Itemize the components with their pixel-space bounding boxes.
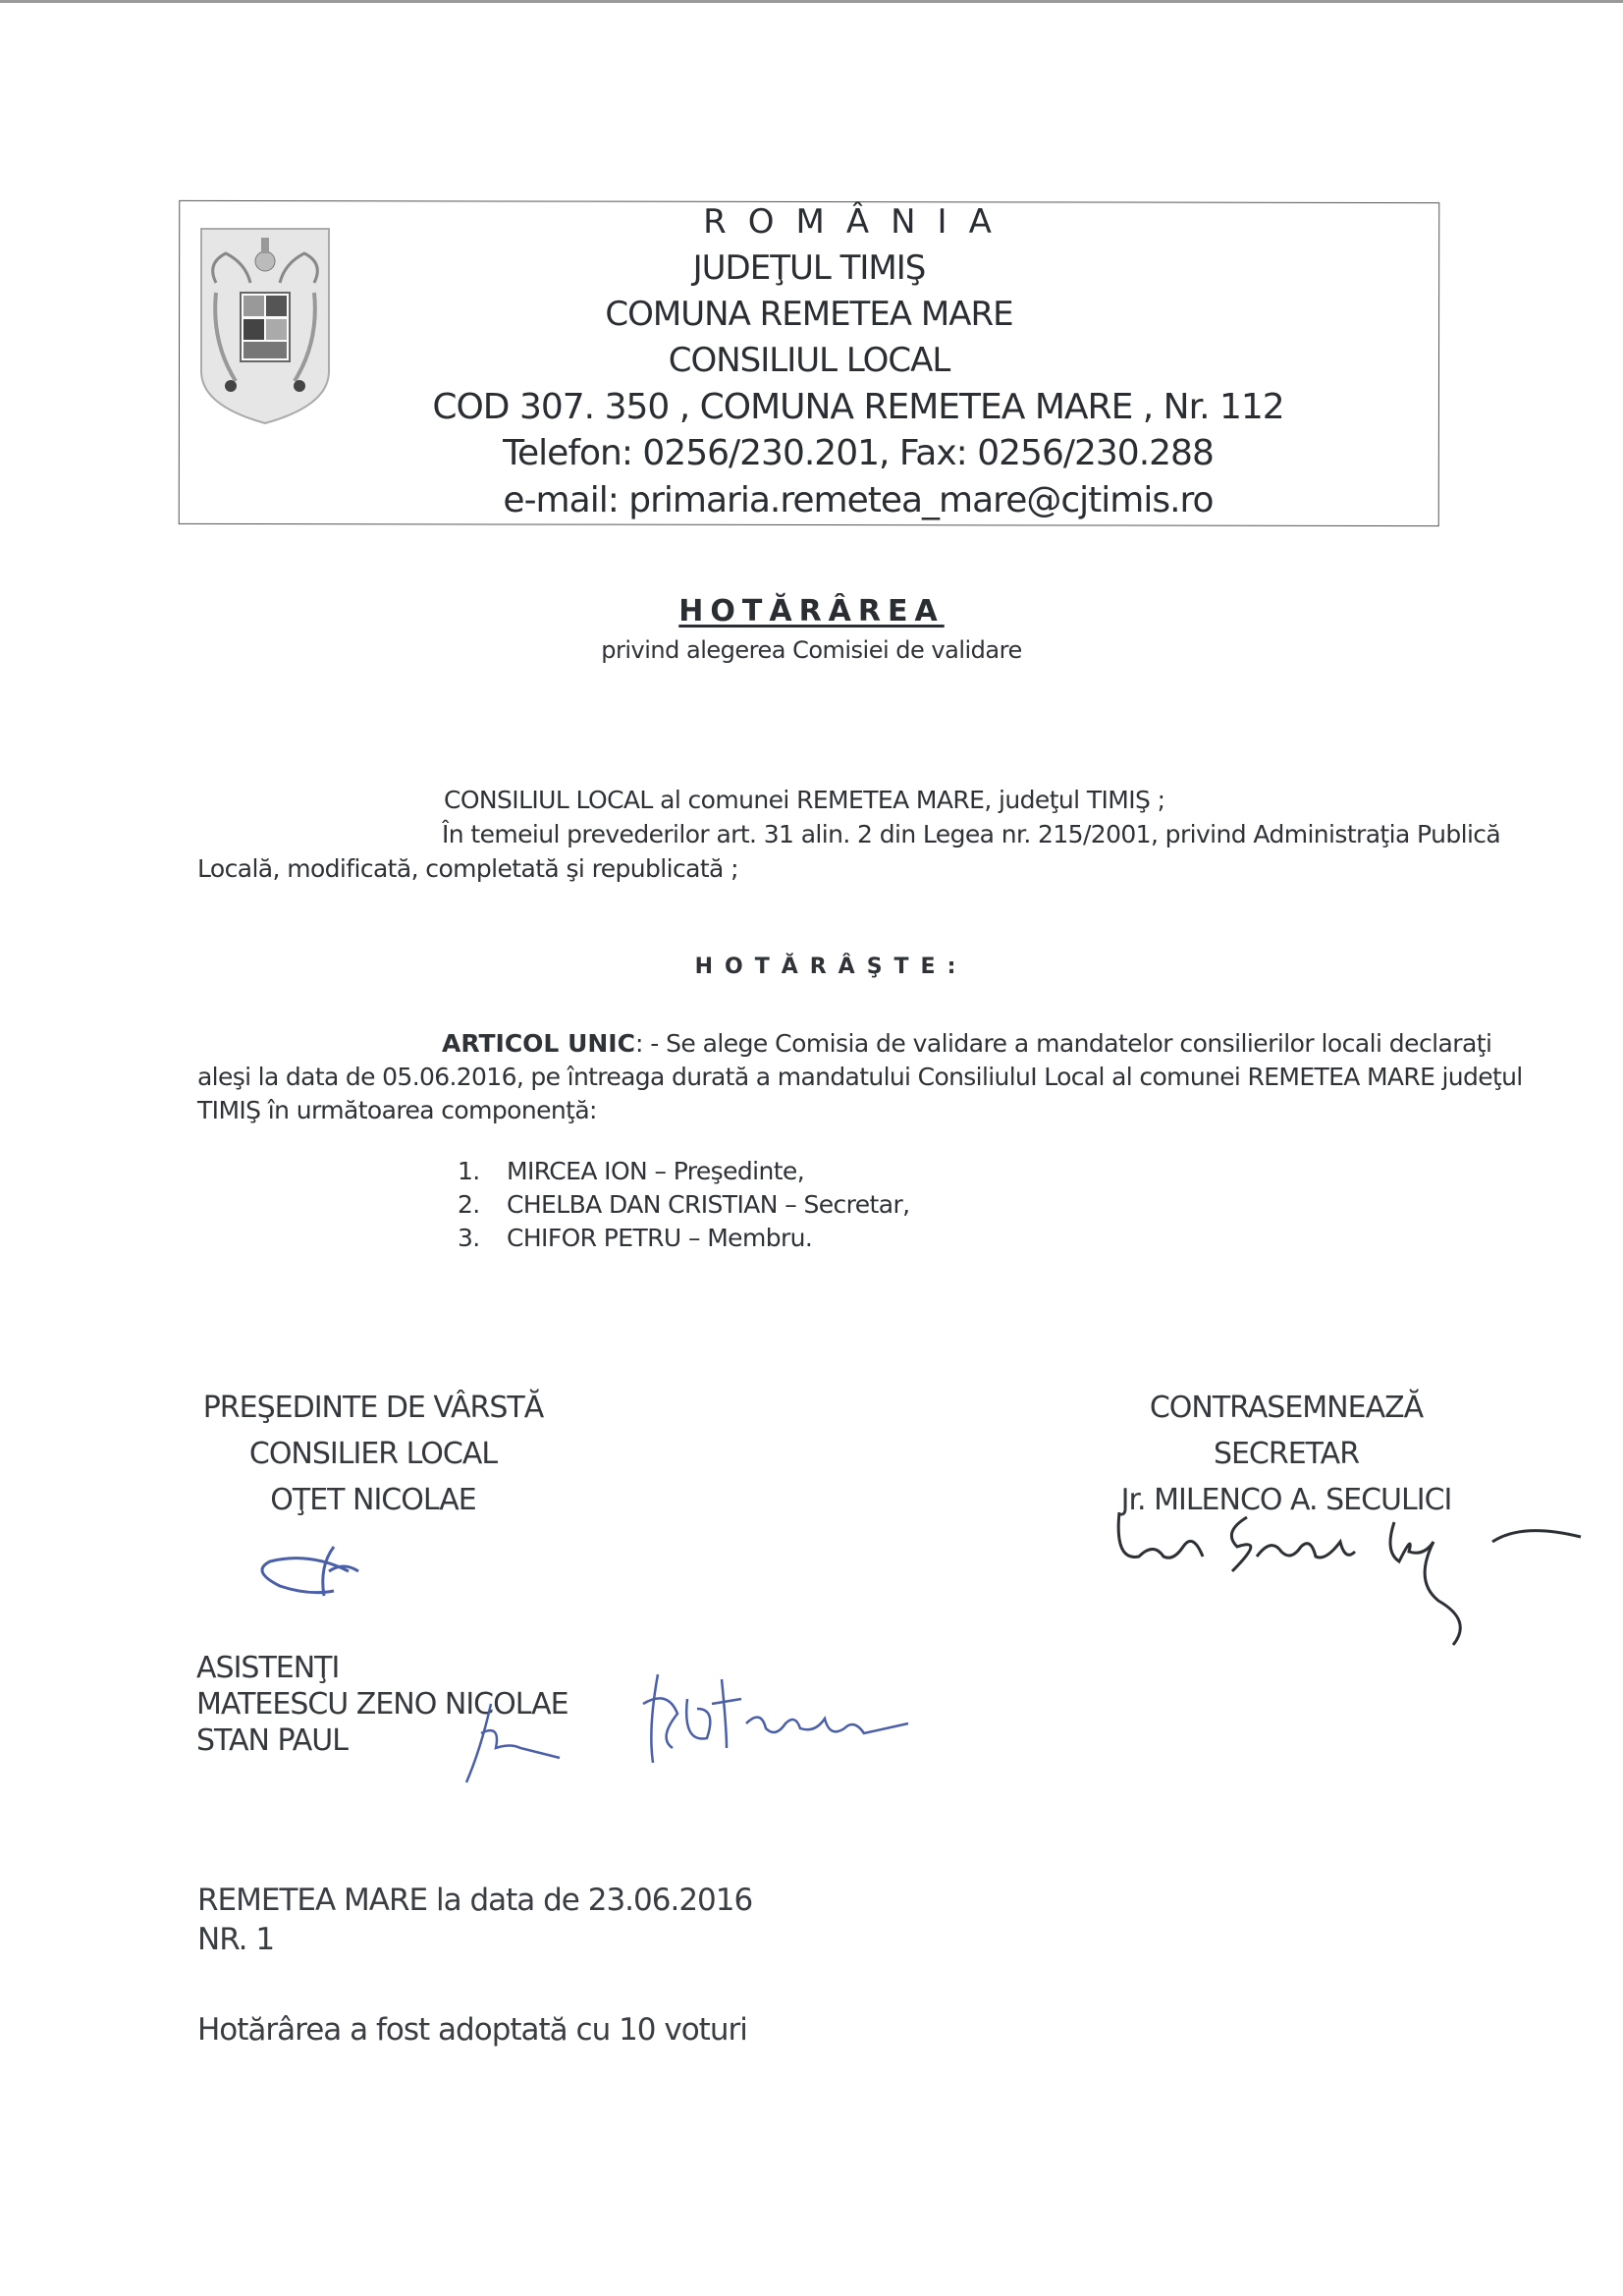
president-signature-block: PREŞEDINTE DE VÂRSTĂ CONSILIER LOCAL OŢE… bbox=[177, 1385, 569, 1523]
secretary-signature-icon bbox=[1109, 1503, 1591, 1669]
mateescu-signature-icon bbox=[628, 1669, 913, 1768]
secretary-role: CONTRASEMNEAZĂ bbox=[1080, 1385, 1492, 1431]
preamble-line-1: CONSILIUL LOCAL al comunei REMETEA MARE,… bbox=[444, 786, 1164, 814]
president-name: OŢET NICOLAE bbox=[177, 1477, 569, 1523]
header-email: e-mail: primaria.remetea_mare@cjtimis.ro bbox=[179, 480, 1439, 520]
header-council: CONSILIUL LOCAL bbox=[179, 341, 1439, 380]
president-role: PREŞEDINTE DE VÂRSTĂ bbox=[177, 1385, 569, 1431]
header-county: JUDEŢUL TIMIŞ bbox=[179, 248, 1439, 288]
scan-edge bbox=[0, 0, 1623, 3]
commission-members-list: 1.MIRCEA ION – Preşedinte, 2.CHELBA DAN … bbox=[458, 1157, 910, 1257]
list-item: 3.CHIFOR PETRU – Membru. bbox=[458, 1224, 910, 1257]
document-title: HOTĂRÂREA bbox=[0, 594, 1623, 629]
document-subtitle: privind alegerea Comisiei de validare bbox=[0, 636, 1623, 664]
article-text-1: : - Se alege Comisia de validare a manda… bbox=[635, 1029, 1492, 1058]
stan-signature-icon bbox=[452, 1699, 569, 1787]
decides-heading: HOTĂRÂŞTE: bbox=[0, 955, 1623, 979]
header-commune: COMUNA REMETEA MARE bbox=[179, 295, 1439, 334]
header-address: COD 307. 350 , COMUNA REMETEA MARE , Nr.… bbox=[179, 387, 1439, 427]
header-country: ROMÂNIA bbox=[179, 202, 1439, 242]
president-signature-icon bbox=[250, 1537, 378, 1606]
preamble-line-2: În temeiul prevederilor art. 31 alin. 2 … bbox=[442, 820, 1571, 848]
adoption-note: Hotărârea a fost adoptată cu 10 voturi bbox=[197, 2010, 752, 2050]
president-title: CONSILIER LOCAL bbox=[177, 1431, 569, 1477]
header-contact: Telefon: 0256/230.201, Fax: 0256/230.288 bbox=[179, 433, 1439, 473]
secretary-title: SECRETAR bbox=[1080, 1431, 1492, 1477]
article-line-1: ARTICOL UNIC: - Se alege Comisia de vali… bbox=[442, 1029, 1491, 1058]
assistants-label: ASISTENŢI bbox=[196, 1650, 568, 1686]
article-label: ARTICOL UNIC bbox=[442, 1029, 635, 1058]
article-line-2: aleşi la data de 05.06.2016, pe întreaga… bbox=[197, 1063, 1523, 1091]
list-item: 2.CHELBA DAN CRISTIAN – Secretar, bbox=[458, 1190, 910, 1224]
preamble-line-3: Locală, modificată, completată şi republ… bbox=[197, 854, 738, 883]
list-item: 1.MIRCEA ION – Preşedinte, bbox=[458, 1157, 910, 1190]
article-line-3: TIMIŞ în următoarea componenţă: bbox=[197, 1096, 597, 1124]
decision-number: NR. 1 bbox=[197, 1920, 752, 1959]
place-and-date: REMETEA MARE la data de 23.06.2016 bbox=[197, 1881, 752, 1920]
document-footer: REMETEA MARE la data de 23.06.2016 NR. 1… bbox=[197, 1881, 752, 2050]
